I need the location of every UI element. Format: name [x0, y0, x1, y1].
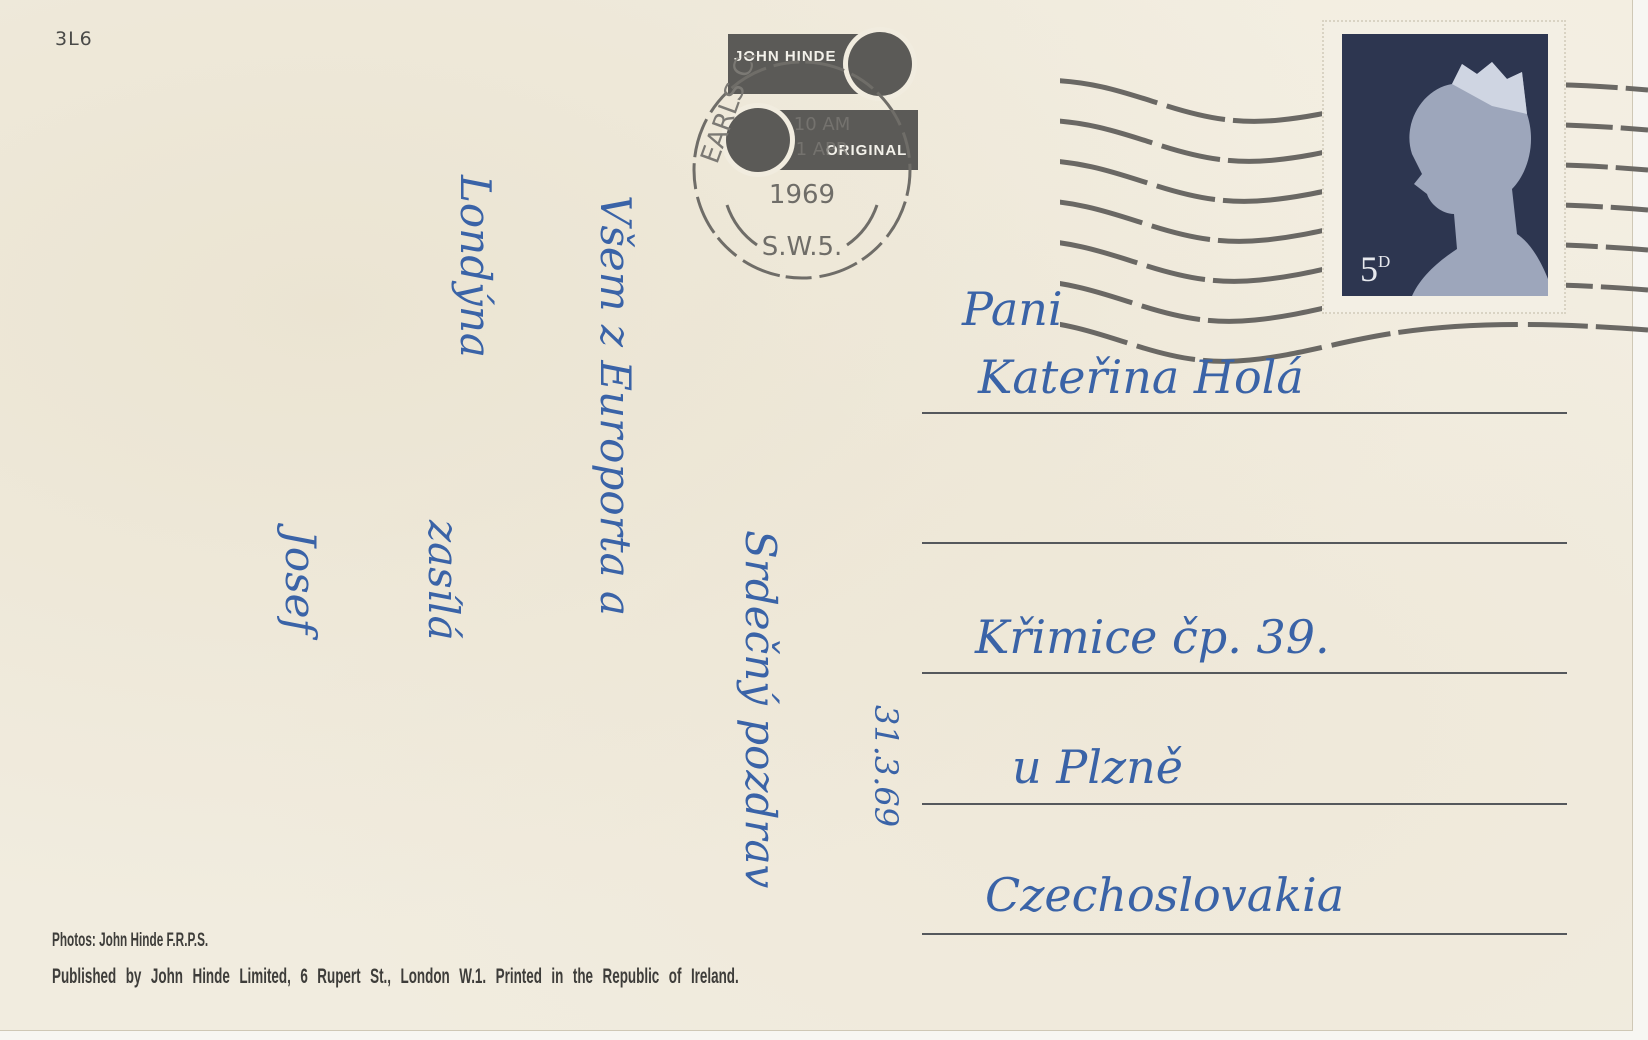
address-line-5	[922, 933, 1567, 935]
address-town: u Plzně	[1012, 740, 1183, 794]
series-code: 3L6	[55, 28, 93, 50]
svg-text:S.W.5.: S.W.5.	[762, 232, 843, 262]
message-line-4: zasílá	[419, 520, 468, 641]
address-line-3	[922, 672, 1567, 674]
message-line-1: Srdečný pozdrav	[736, 530, 785, 888]
postmark-circle-icon: 1969 S.W.5. 10 AM 1 APR EARLS COURT	[687, 55, 917, 285]
address-line-2	[922, 542, 1567, 544]
postcard-back: 3L6 JOHN HINDE ORIGINAL 1969 S.W.5. 10 A…	[0, 0, 1633, 1031]
address-name: Kateřina Holá	[978, 350, 1304, 404]
svg-text:EARLS COURT: EARLS COURT	[695, 55, 785, 167]
photo-credit: Photos: John Hinde F.R.P.S.	[52, 930, 208, 952]
message-signature: Josef	[276, 530, 325, 634]
svg-text:1969: 1969	[769, 180, 835, 210]
address-line-4	[922, 803, 1567, 805]
address-salutation: Pani	[962, 282, 1063, 336]
publisher-credit: Published by John Hinde Limited, 6 Ruper…	[52, 965, 739, 989]
postmark: 1969 S.W.5. 10 AM 1 APR EARLS COURT	[687, 55, 917, 285]
postage-stamp: 5D	[1322, 20, 1566, 314]
svg-text:10 AM: 10 AM	[794, 114, 850, 135]
message-date: 31.3.69	[867, 705, 905, 827]
message-line-2: Všem z Europorta a	[591, 195, 640, 616]
svg-text:1 APR: 1 APR	[796, 139, 849, 160]
stamp-face: 5D	[1342, 34, 1548, 296]
address-street: Křimice čp. 39.	[975, 610, 1330, 664]
address-line-1	[922, 412, 1567, 414]
message-line-3: Londýna	[451, 175, 500, 358]
stamp-value: 5D	[1360, 248, 1390, 290]
address-country: Czechoslovakia	[985, 868, 1344, 922]
